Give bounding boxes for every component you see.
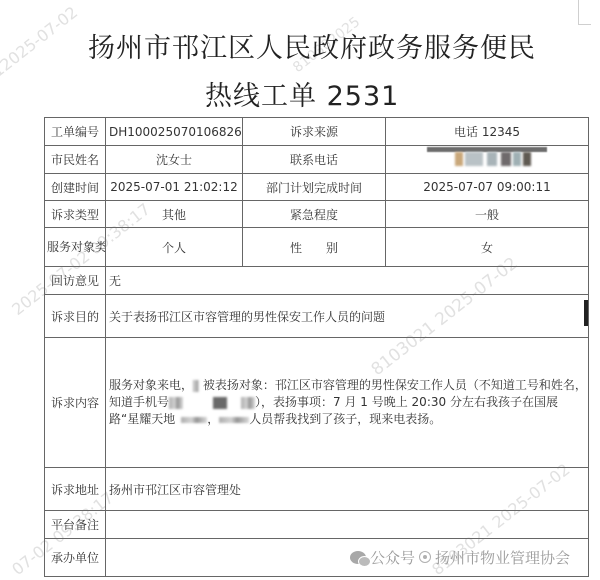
watermark: 12025-07-02 [0,3,81,81]
document-subtitle: 热线工单 2531 [205,74,505,113]
table-row: 创建时间 2025-07-01 21:02:12 部门计划完成时间 2025-0… [45,174,589,201]
table-row: 诉求目的 关于表扬邗江区市容管理的男性保安工作人员的问题 [45,295,589,338]
content-line-2: 知道手机号），表扬事项：7 月 1 号晚上 20:30 分左右我孩子在国展 [109,394,585,411]
redacted-text [181,417,207,423]
order-number-label: 工单编号 [45,118,106,146]
request-type-label: 诉求类型 [45,201,106,228]
table-row: 平台备注 [45,511,589,539]
table-row: 诉求内容 服务对象来电， 被表扬对象：邗江区市容管理的男性保安工作人员（不知道工… [45,338,589,468]
redacted-text [213,397,227,409]
urgency-label: 紧急程度 [243,201,386,228]
redacted-text [193,380,199,392]
separator-dot-icon [419,551,431,563]
service-target-type-label: 服务对象类型 [45,228,106,267]
wechat-account-watermark: 公众号扬州市物业管理协会 [350,547,570,568]
purpose-label: 诉求目的 [45,295,106,338]
wechat-icon [350,551,366,564]
request-type-value: 其他 [106,201,243,228]
order-number-value: DH100025070106826 [106,118,243,146]
handling-unit-label: 承办单位 [45,539,106,577]
table-row: 服务对象类型 个人 性 别 女 [45,228,589,267]
planned-completion-label: 部门计划完成时间 [243,174,386,201]
redacted-text [241,397,255,409]
scan-edge-mark [584,300,588,326]
content-line-3: 路“星耀天地，人员帮我找到了孩子，现来电表扬。 [109,411,585,428]
citizen-name-value: 沈女士 [106,146,243,174]
content-line-1: 服务对象来电， 被表扬对象：邗江区市容管理的男性保安工作人员（不知道工号和姓名， [109,377,585,394]
service-target-type-value: 个人 [106,228,243,267]
followup-value: 无 [106,267,589,295]
contact-phone-label: 联系电话 [243,146,386,174]
citizen-name-label: 市民姓名 [45,146,106,174]
redacted-text [219,417,249,423]
platform-note-value [106,511,589,539]
table-row: 工单编号 DH100025070106826 诉求来源 电话 12345 [45,118,589,146]
redacted-text [169,397,183,409]
address-value: 扬州市邗江区市容管理处 [106,468,589,511]
gender-value: 女 [386,228,589,267]
platform-note-label: 平台备注 [45,511,106,539]
gender-label: 性 别 [243,228,386,267]
table-row: 回访意见 无 [45,267,589,295]
urgency-value: 一般 [386,201,589,228]
table-row: 诉求类型 其他 紧急程度 一般 [45,201,589,228]
created-time-value: 2025-07-01 21:02:12 [106,174,243,201]
page-corner-mark [578,0,591,25]
followup-label: 回访意见 [45,267,106,295]
planned-completion-value: 2025-07-07 09:00:11 [386,174,589,201]
table-row: 诉求地址 扬州市邗江区市容管理处 [45,468,589,511]
table-row: 市民姓名 沈女士 联系电话 [45,146,589,174]
request-source-value: 电话 12345 [386,118,589,146]
content-label: 诉求内容 [45,338,106,468]
redacted-phone [427,147,547,169]
purpose-value: 关于表扬邗江区市容管理的男性保安工作人员的问题 [106,295,589,338]
contact-phone-value [386,146,589,174]
content-value: 服务对象来电， 被表扬对象：邗江区市容管理的男性保安工作人员（不知道工号和姓名，… [106,338,589,468]
created-time-label: 创建时间 [45,174,106,201]
document-title: 扬州市邗江区人民政府政务服务便民 [88,26,600,65]
address-label: 诉求地址 [45,468,106,511]
work-order-table: 工单编号 DH100025070106826 诉求来源 电话 12345 市民姓… [44,117,589,577]
request-source-label: 诉求来源 [243,118,386,146]
